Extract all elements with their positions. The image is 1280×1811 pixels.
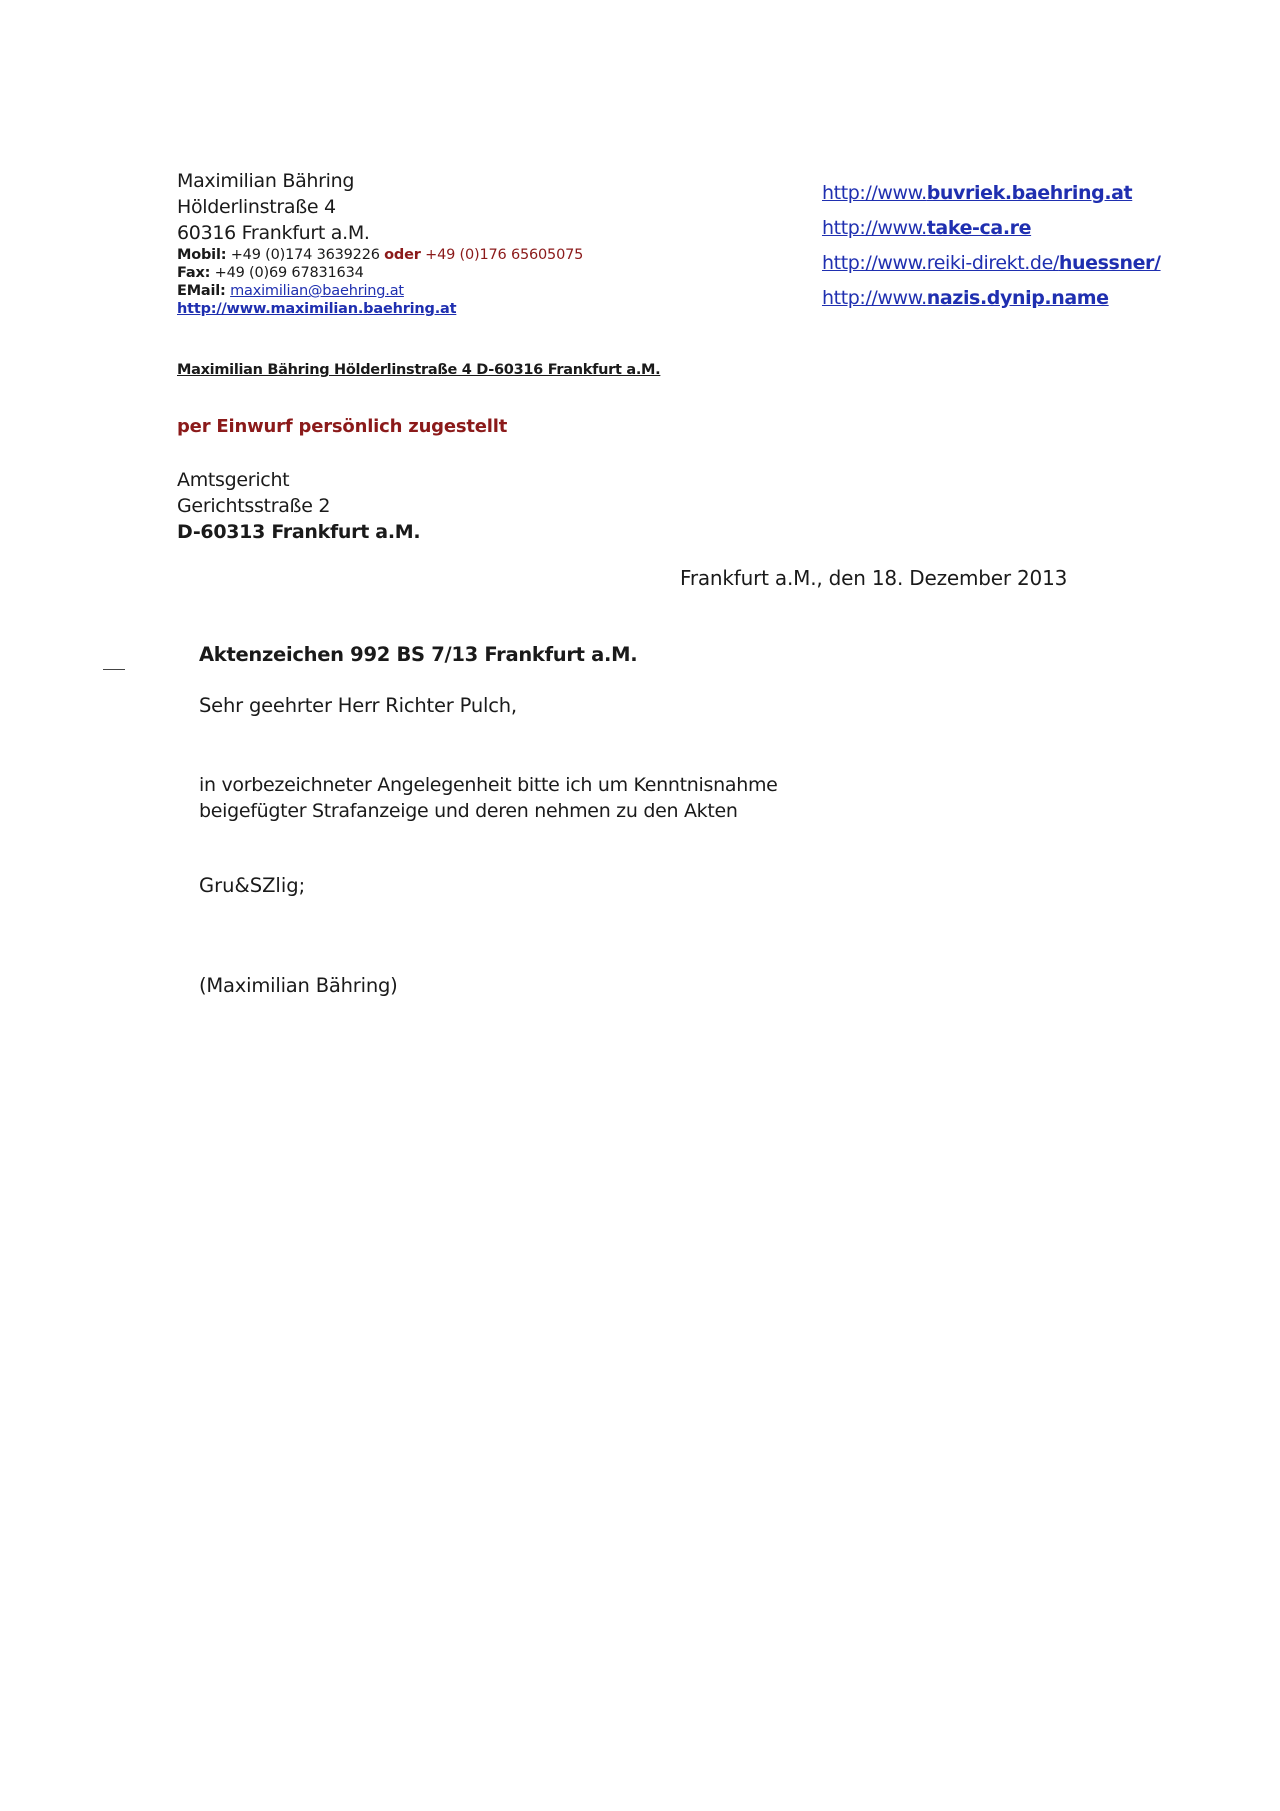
closing: Gru&SZlig;: [199, 874, 305, 897]
email-link[interactable]: maximilian@baehring.at: [230, 283, 404, 299]
mobile-secondary: +49 (0)176 65605075: [425, 247, 583, 263]
weblink-domain: buvriek.baehring.at: [927, 182, 1133, 204]
weblink-prefix: http://www.reiki-direkt.de/: [822, 252, 1059, 274]
sender-mobile-line: Mobil: +49 (0)174 3639226 oder +49 (0)17…: [177, 246, 583, 264]
signature: (Maximilian Bähring): [199, 974, 398, 997]
weblink-domain: huessner/: [1059, 252, 1161, 274]
sender-website-line: http://www.maximilian.baehring.at: [177, 300, 583, 318]
delivery-note: per Einwurf persönlich zugestellt: [177, 416, 507, 437]
sender-fax-line: Fax: +49 (0)69 67831634: [177, 264, 583, 282]
weblink-prefix: http://www.: [822, 182, 927, 204]
fax-label: Fax:: [177, 265, 210, 281]
sender-block: Maximilian Bähring Hölderlinstraße 4 603…: [177, 168, 583, 318]
weblink-prefix: http://www.: [822, 287, 927, 309]
fax-number: +49 (0)69 67831634: [215, 265, 364, 281]
body-line: in vorbezeichneter Angelegenheit bitte i…: [199, 772, 778, 798]
recipient-block: Amtsgericht Gerichtsstraße 2 D-60313 Fra…: [177, 467, 420, 545]
recipient-name: Amtsgericht: [177, 467, 420, 493]
weblink-buvriek[interactable]: http://www.buvriek.baehring.at: [822, 176, 1161, 211]
sender-city: 60316 Frankfurt a.M.: [177, 220, 583, 246]
weblink-take-care[interactable]: http://www.take-ca.re: [822, 211, 1161, 246]
sender-name: Maximilian Bähring: [177, 168, 583, 194]
fold-mark: [103, 669, 125, 670]
recipient-street: Gerichtsstraße 2: [177, 493, 420, 519]
reference-line: Aktenzeichen 992 BS 7/13 Frankfurt a.M.: [199, 643, 637, 666]
email-label: EMail:: [177, 283, 226, 299]
weblinks-list: http://www.buvriek.baehring.at http://ww…: [822, 176, 1161, 316]
mobile-or: oder: [384, 247, 421, 263]
date-line: Frankfurt a.M., den 18. Dezember 2013: [680, 566, 1067, 590]
website-link[interactable]: http://www.maximilian.baehring.at: [177, 301, 456, 317]
mobile-primary: +49 (0)174 3639226: [231, 247, 380, 263]
return-address: Maximilian Bähring Hölderlinstraße 4 D-6…: [177, 362, 660, 378]
weblink-domain: take-ca.re: [927, 217, 1031, 239]
letter-body: in vorbezeichneter Angelegenheit bitte i…: [199, 772, 778, 824]
sender-email-line: EMail: maximilian@baehring.at: [177, 282, 583, 300]
weblink-reiki-direkt[interactable]: http://www.reiki-direkt.de/huessner/: [822, 246, 1161, 281]
recipient-city: D-60313 Frankfurt a.M.: [177, 519, 420, 545]
weblink-domain: nazis.dynip.name: [927, 287, 1109, 309]
salutation: Sehr geehrter Herr Richter Pulch,: [199, 694, 517, 717]
sender-street: Hölderlinstraße 4: [177, 194, 583, 220]
weblink-nazis-dynip[interactable]: http://www.nazis.dynip.name: [822, 281, 1161, 316]
mobile-label: Mobil:: [177, 247, 226, 263]
body-line: beigefügter Strafanzeige und deren nehme…: [199, 798, 778, 824]
weblink-prefix: http://www.: [822, 217, 927, 239]
